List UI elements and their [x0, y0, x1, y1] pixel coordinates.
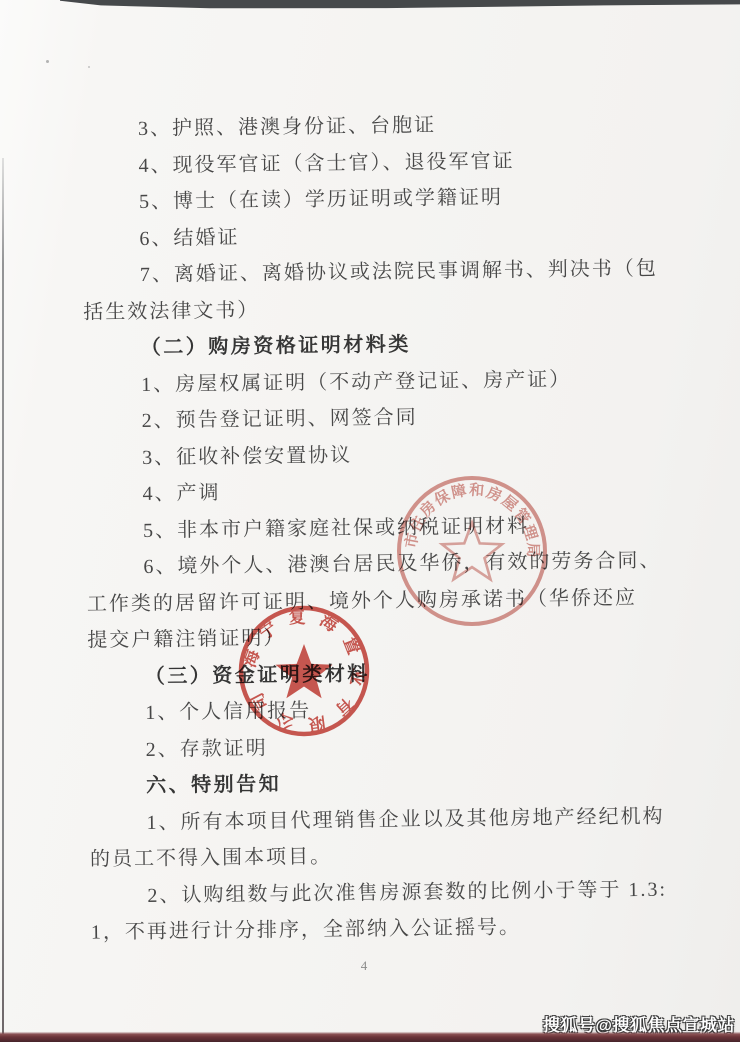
top-edge-shadow — [60, 0, 740, 9]
scanned-document-page: 3、护照、港澳身份证、台胞证4、现役军官证（含士官）、退役军官证5、博士（在读）… — [0, 0, 740, 1042]
document-line: 1，不再进行计分排序，全部纳入公证摇号。 — [91, 907, 705, 951]
bottom-edge-band — [0, 1030, 740, 1042]
scan-speck — [88, 66, 90, 68]
page-number: 4 — [352, 958, 376, 974]
left-edge-shadow — [2, 158, 4, 1040]
scan-speck — [46, 60, 49, 63]
document-line: 2、认购组数与此次准售房源套数的比例小于等于 1.3: — [90, 871, 704, 915]
document-line: 7、离婚证、离婚协议或法院民事调解书、判决书（包 — [83, 250, 697, 294]
document-text-block: 3、护照、港澳身份证、台胞证4、现役军官证（含士官）、退役军官证5、博士（在读）… — [81, 104, 705, 951]
document-line: 工作类的居留许可证明、境外个人购房承诺书（华侨还应 — [87, 579, 701, 623]
document-line: 1、所有本项目代理销售企业以及其他房地产经纪机构 — [89, 798, 703, 842]
